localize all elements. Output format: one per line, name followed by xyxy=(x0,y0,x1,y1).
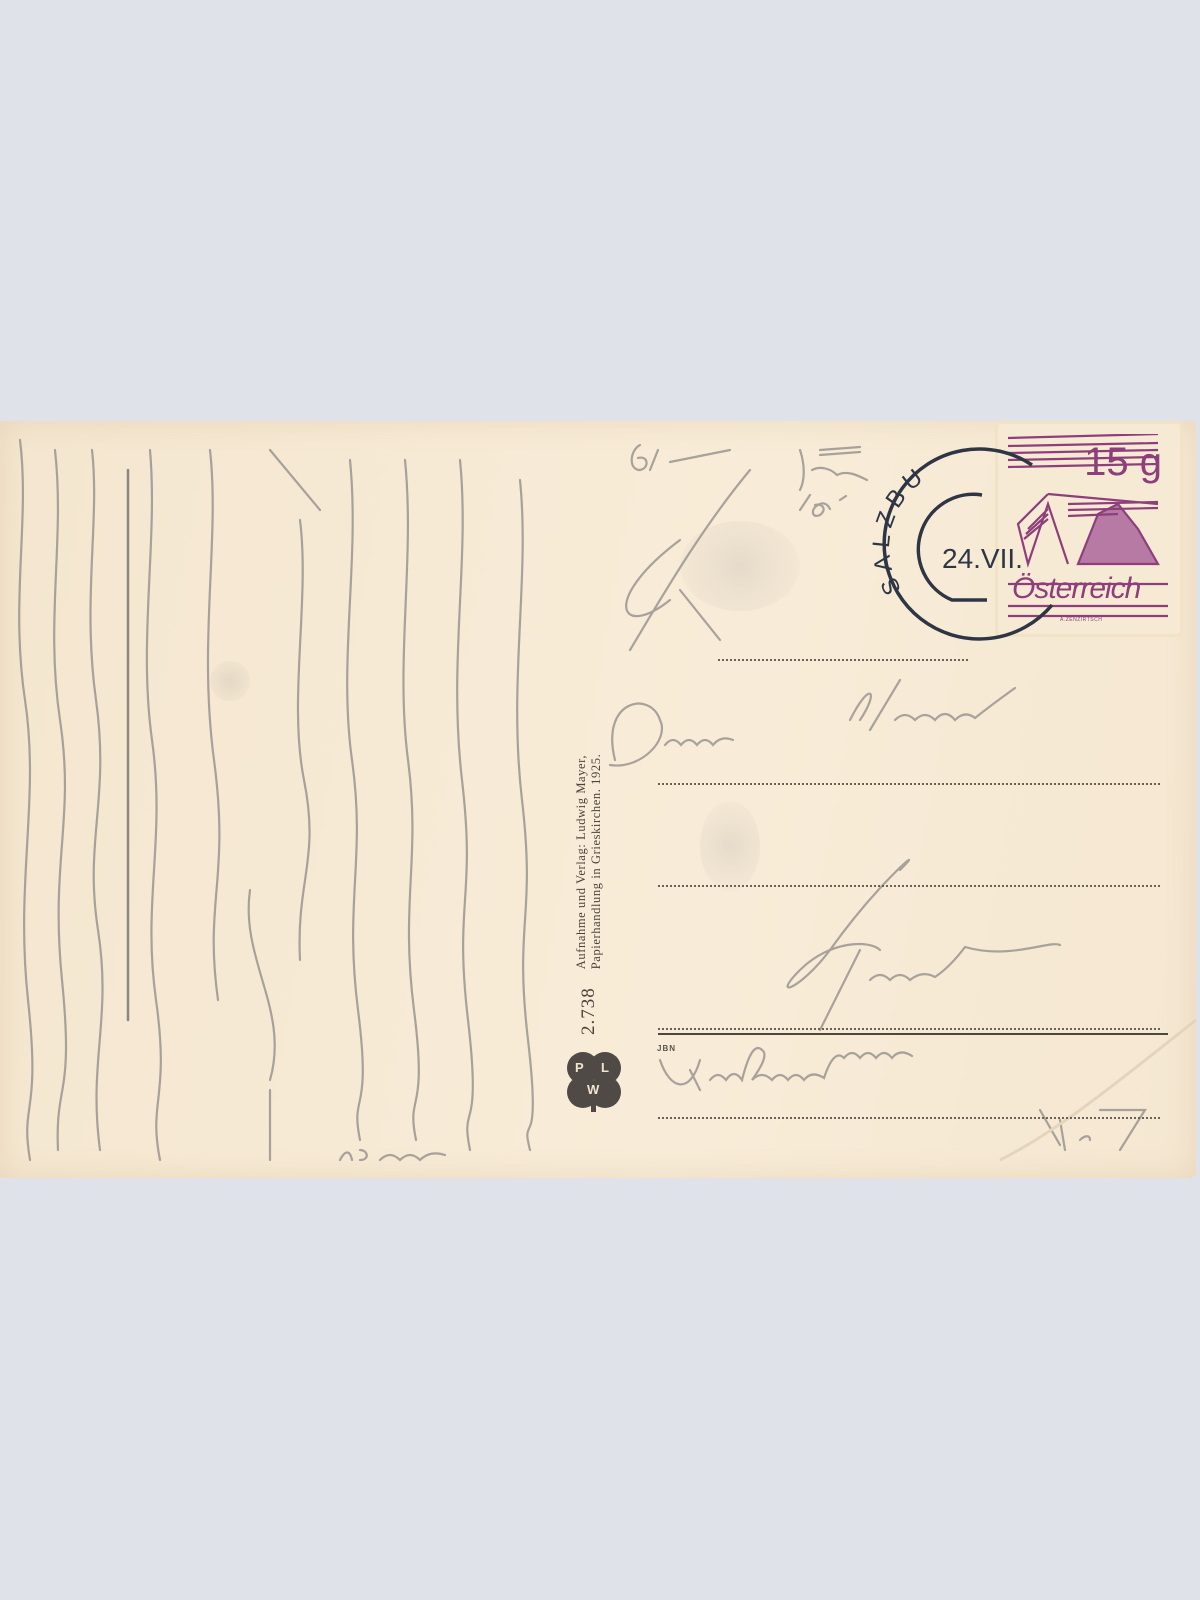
logo-letter-l: L xyxy=(601,1060,609,1075)
printer-mark: JBN xyxy=(657,1044,676,1053)
address-line-5 xyxy=(658,1117,1160,1119)
catalog-number: 2.738 xyxy=(578,987,600,1035)
postmark-date: 24.VII. xyxy=(942,543,1023,574)
paper-crease xyxy=(1000,1020,1196,1160)
stamp-value: 15 g xyxy=(1084,440,1162,485)
imprint-line-1: Aufnahme und Verlag: Ludwig Mayer, xyxy=(574,755,588,969)
address-line-3 xyxy=(658,885,1160,887)
postmark-cancel: SALZBU 24.VII. xyxy=(862,440,1072,650)
logo-letter-w: W xyxy=(587,1082,599,1097)
imprint-line-2: Papierhandlung in Grieskirchen. 1925. xyxy=(589,754,603,970)
address-line-1 xyxy=(718,659,968,661)
publisher-clover-logo: P L W xyxy=(561,1048,627,1114)
address-line-2 xyxy=(658,783,1160,785)
logo-letter-p: P xyxy=(575,1060,584,1075)
publisher-imprint: 2.738 Aufnahme und Verlag: Ludwig Mayer,… xyxy=(574,754,604,1035)
clover-icon xyxy=(561,1048,627,1114)
address-line-4 xyxy=(658,1028,1160,1030)
address-solid-rule xyxy=(658,1033,1168,1035)
